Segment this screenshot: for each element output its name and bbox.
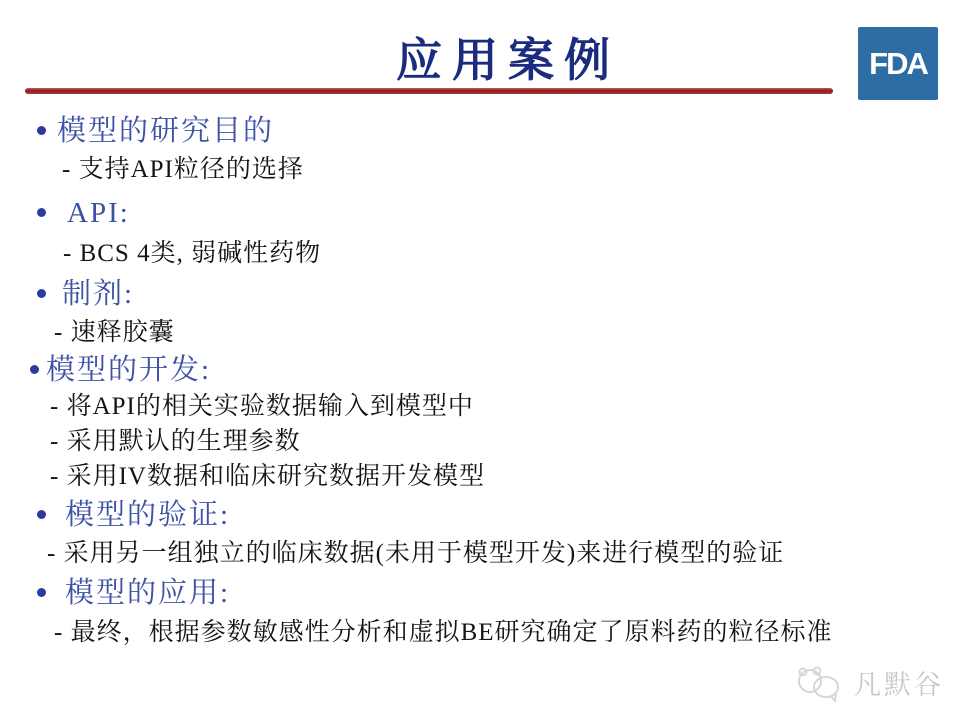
- bullet-heading-text: 制剂:: [62, 277, 935, 311]
- fda-logo: FDA: [858, 27, 938, 100]
- bullet-subitem: - 采用另一组独立的临床数据(未用于模型开发)来进行模型的验证: [47, 539, 935, 569]
- bullet-dot-icon: [37, 510, 46, 519]
- bullet-group-model-development: 模型的开发: - 将API的相关实验数据输入到模型中 - 采用默认的生理参数 -…: [0, 353, 935, 492]
- bullet-heading: 制剂:: [0, 277, 935, 311]
- bullet-heading: 模型的验证:: [0, 498, 935, 532]
- bullet-heading: 模型的开发:: [0, 353, 935, 387]
- watermark: 凡默谷: [795, 663, 944, 702]
- bullet-group-study-purpose: 模型的研究目的 - 支持API粒径的选择: [0, 114, 935, 185]
- panda-logo-icon: [795, 664, 847, 702]
- bullet-subitem: - BCS 4类, 弱碱性药物: [63, 239, 935, 269]
- bullet-heading-text: 模型的开发:: [46, 353, 935, 387]
- bullet-group-api: API: - BCS 4类, 弱碱性药物: [0, 196, 935, 269]
- bullet-subitem: - 速释胶囊: [54, 318, 935, 348]
- bullet-dot-icon: [37, 126, 46, 135]
- bullet-subitem: - 将API的相关实验数据输入到模型中: [50, 392, 935, 422]
- bullet-subitem: - 支持API粒径的选择: [62, 155, 935, 185]
- bullet-heading-text: API:: [67, 196, 935, 230]
- bullet-heading-text: 模型的应用:: [65, 576, 935, 610]
- bullet-group-formulation: 制剂: - 速释胶囊: [0, 277, 935, 348]
- watermark-text: 凡默谷: [854, 663, 944, 702]
- bullet-heading: API:: [0, 196, 935, 230]
- bullet-heading-text: 模型的验证:: [65, 498, 935, 532]
- bullet-dot-icon: [37, 289, 46, 298]
- bullet-heading: 模型的研究目的: [0, 114, 935, 148]
- title-underline-rule: [25, 88, 833, 94]
- bullet-dot-icon: [37, 588, 46, 597]
- bullet-dot-icon: [37, 208, 46, 217]
- page-title: 应用案例: [0, 24, 960, 90]
- bullet-heading: 模型的应用:: [0, 576, 935, 610]
- bullet-dot-icon: [30, 365, 39, 374]
- bullet-heading-text: 模型的研究目的: [57, 114, 935, 148]
- bullet-subitem: - 采用默认的生理参数: [50, 427, 935, 457]
- presentation-slide: 应用案例 FDA 模型的研究目的 - 支持API粒径的选择 API: - BCS…: [0, 0, 960, 720]
- fda-logo-text: FDA: [869, 46, 927, 82]
- bullet-group-model-validation: 模型的验证: - 采用另一组独立的临床数据(未用于模型开发)来进行模型的验证: [0, 498, 935, 569]
- bullet-group-model-application: 模型的应用: - 最终，根据参数敏感性分析和虚拟BE研究确定了原料药的粒径标准: [0, 576, 935, 648]
- bullet-subitem: - 采用IV数据和临床研究数据开发模型: [50, 462, 935, 492]
- bullet-subitem: - 最终，根据参数敏感性分析和虚拟BE研究确定了原料药的粒径标准: [54, 618, 935, 648]
